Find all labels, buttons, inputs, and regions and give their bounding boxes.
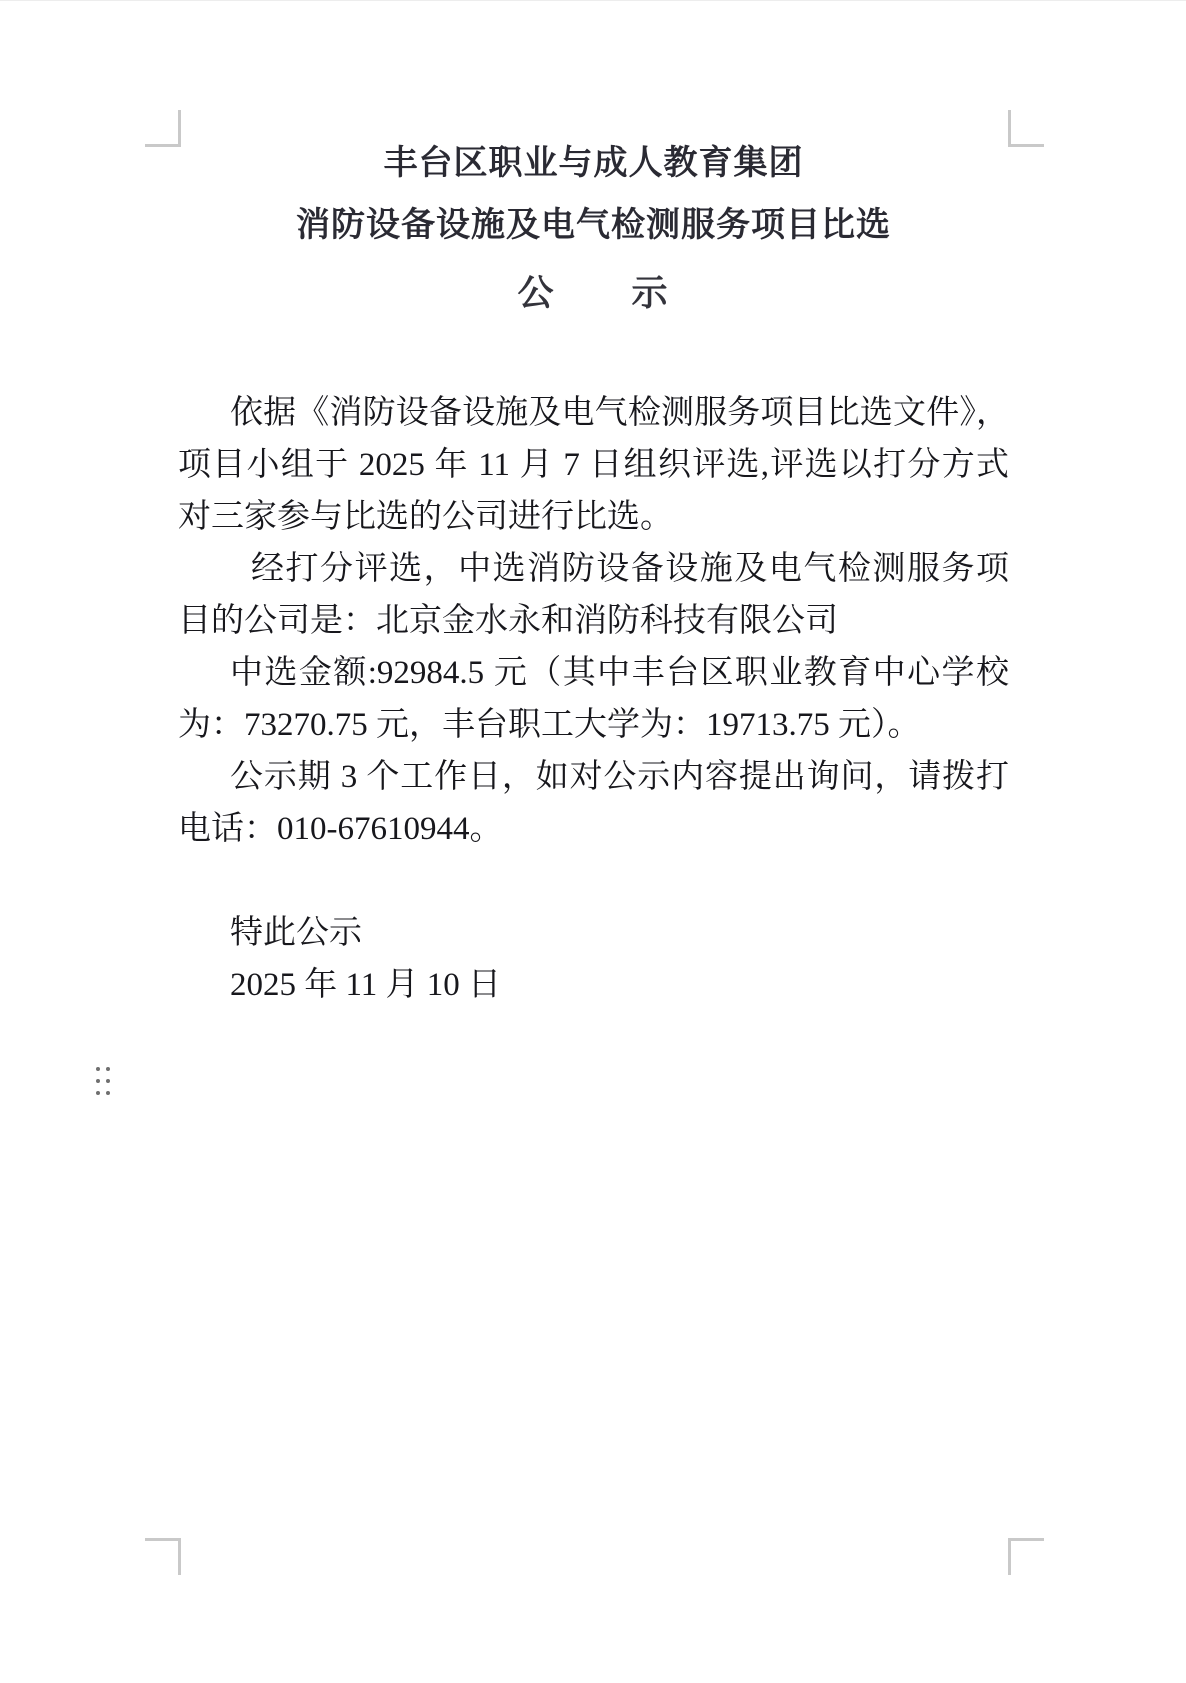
drag-handle-icon[interactable] bbox=[96, 1067, 110, 1095]
document-title-line-1: 丰台区职业与成人教育集团 bbox=[178, 132, 1009, 194]
closing-statement: 特此公示 bbox=[178, 907, 1009, 959]
document-content: 丰台区职业与成人教育集团 消防设备设施及电气检测服务项目比选 公 示 依据《消防… bbox=[178, 132, 1009, 1011]
document-date: 2025 年 11 月 10 日 bbox=[178, 959, 1009, 1011]
paragraph-basis: 依据《消防设备设施及电气检测服务项目比选文件》，项目小组于 2025 年 11 … bbox=[178, 387, 1009, 543]
paragraph-winner: 经打分评选，中选消防设备设施及电气检测服务项目的公司是：北京金水永和消防科技有限… bbox=[178, 543, 1009, 647]
dot bbox=[106, 1091, 110, 1095]
crop-mark-top-right bbox=[1008, 110, 1044, 147]
crop-mark-bottom-left bbox=[145, 1538, 181, 1575]
crop-mark-top-left bbox=[145, 110, 181, 147]
dot bbox=[106, 1079, 110, 1083]
paragraph-amount: 中选金额:92984.5 元（其中丰台区职业教育中心学校为：73270.75 元… bbox=[178, 647, 1009, 751]
document-page: 丰台区职业与成人教育集团 消防设备设施及电气检测服务项目比选 公 示 依据《消防… bbox=[0, 0, 1186, 1683]
paragraph-notice-period: 公示期 3 个工作日，如对公示内容提出询问，请拨打电话：010-67610944… bbox=[178, 751, 1009, 855]
crop-mark-bottom-right bbox=[1008, 1538, 1044, 1575]
document-title-gongshi: 公 示 bbox=[178, 262, 1009, 324]
document-body: 依据《消防设备设施及电气检测服务项目比选文件》，项目小组于 2025 年 11 … bbox=[178, 387, 1009, 1011]
dot bbox=[96, 1067, 100, 1071]
dot bbox=[96, 1079, 100, 1083]
document-title-line-2: 消防设备设施及电气检测服务项目比选 bbox=[178, 194, 1009, 256]
dot bbox=[106, 1067, 110, 1071]
dot bbox=[96, 1091, 100, 1095]
